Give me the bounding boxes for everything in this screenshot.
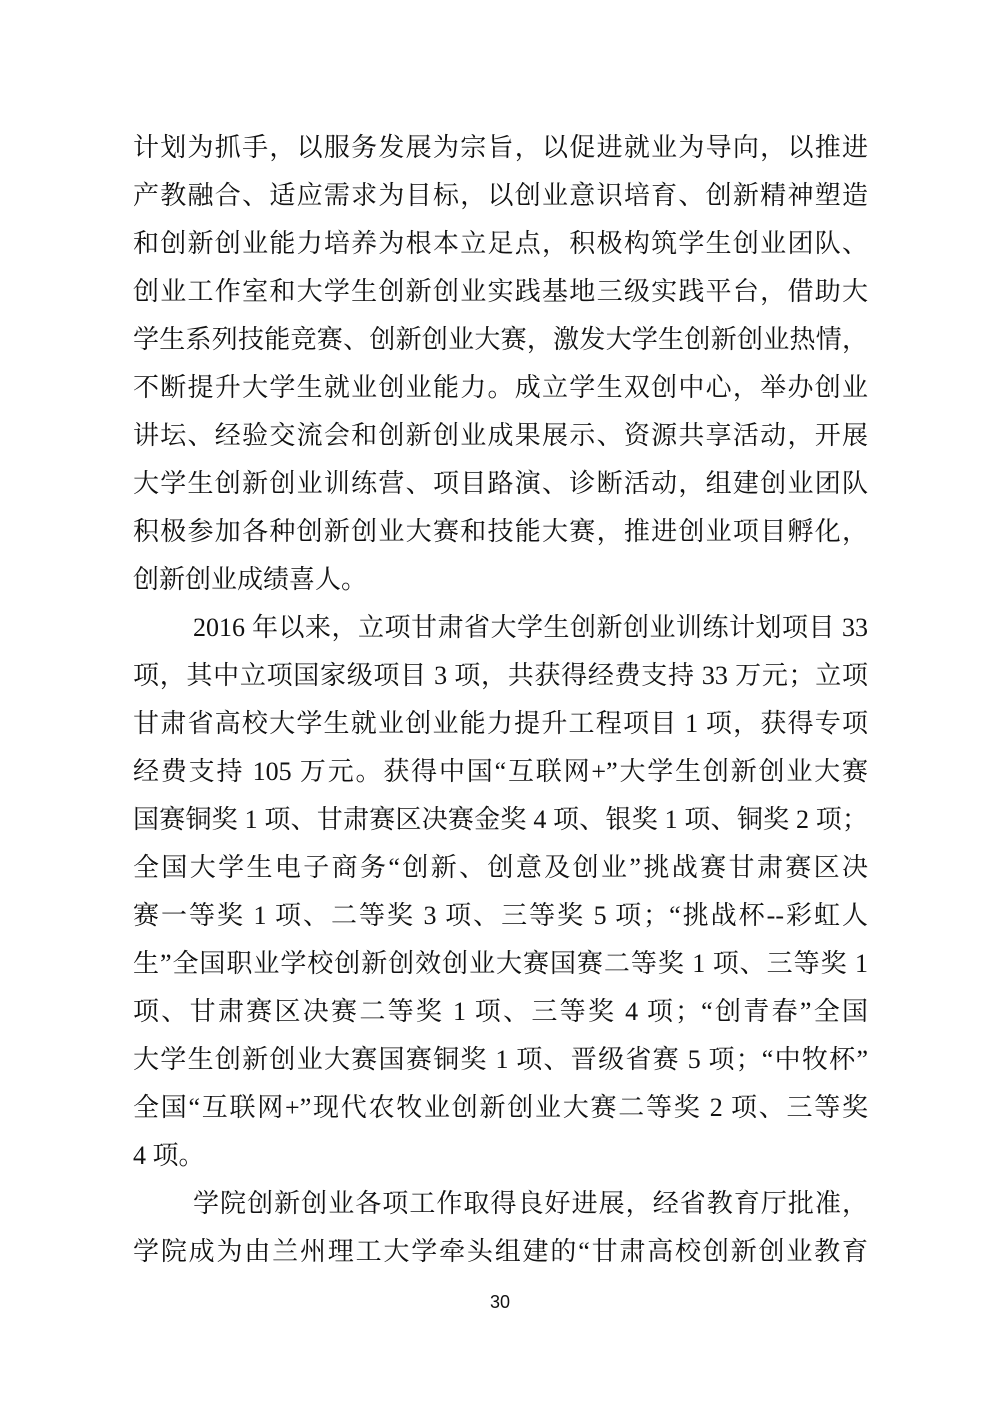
text-line: 项，其中立项国家级项目 3 项，共获得经费支持 33 万元；立项 <box>133 652 868 700</box>
text-line: 项、甘肃赛区决赛二等奖 1 项、三等奖 4 项；“创青春”全国 <box>133 988 868 1036</box>
page-number: 30 <box>0 1292 1000 1313</box>
text-line: 创业工作室和大学生创新创业实践基地三级实践平台，借助大 <box>133 268 868 316</box>
text-line: 学院成为由兰州理工大学牵头组建的“甘肃高校创新创业教育 <box>133 1228 868 1276</box>
text-line: 不断提升大学生就业创业能力。成立学生双创中心，举办创业 <box>133 364 868 412</box>
text-line: 产教融合、适应需求为目标，以创业意识培育、创新精神塑造 <box>133 172 868 220</box>
text-line: 创新创业成绩喜人。 <box>133 556 868 604</box>
text-line: 全国“互联网+”现代农牧业创新创业大赛二等奖 2 项、三等奖 <box>133 1084 868 1132</box>
text-line: 学生系列技能竞赛、创新创业大赛，激发大学生创新创业热情， <box>133 316 868 364</box>
text-line: 赛一等奖 1 项、二等奖 3 项、三等奖 5 项；“挑战杯--彩虹人 <box>133 892 868 940</box>
text-line: 和创新创业能力培养为根本立足点，积极构筑学生创业团队、 <box>133 220 868 268</box>
text-line: 2016 年以来，立项甘肃省大学生创新创业训练计划项目 33 <box>133 604 868 652</box>
paragraph-1: 计划为抓手，以服务发展为宗旨，以促进就业为导向，以推进 产教融合、适应需求为目标… <box>133 124 868 604</box>
text-line: 国赛铜奖 1 项、甘肃赛区决赛金奖 4 项、银奖 1 项、铜奖 2 项； <box>133 796 868 844</box>
text-line: 大学生创新创业大赛国赛铜奖 1 项、晋级省赛 5 项；“中牧杯” <box>133 1036 868 1084</box>
text-line: 经费支持 105 万元。获得中国“互联网+”大学生创新创业大赛 <box>133 748 868 796</box>
paragraph-2: 2016 年以来，立项甘肃省大学生创新创业训练计划项目 33 项，其中立项国家级… <box>133 604 868 1180</box>
text-line: 讲坛、经验交流会和创新创业成果展示、资源共享活动，开展 <box>133 412 868 460</box>
text-line: 全国大学生电子商务“创新、创意及创业”挑战赛甘肃赛区决 <box>133 844 868 892</box>
document-page: 计划为抓手，以服务发展为宗旨，以促进就业为导向，以推进 产教融合、适应需求为目标… <box>0 0 1000 1414</box>
text-line: 生”全国职业学校创新创效创业大赛国赛二等奖 1 项、三等奖 1 <box>133 940 868 988</box>
text-line: 4 项。 <box>133 1132 868 1180</box>
text-line: 积极参加各种创新创业大赛和技能大赛，推进创业项目孵化， <box>133 508 868 556</box>
paragraph-3: 学院创新创业各项工作取得良好进展，经省教育厅批准， 学院成为由兰州理工大学牵头组… <box>133 1180 868 1276</box>
text-line: 大学生创新创业训练营、项目路演、诊断活动，组建创业团队 <box>133 460 868 508</box>
text-line: 甘肃省高校大学生就业创业能力提升工程项目 1 项，获得专项 <box>133 700 868 748</box>
page-body-text: 计划为抓手，以服务发展为宗旨，以促进就业为导向，以推进 产教融合、适应需求为目标… <box>133 124 868 1276</box>
text-line: 学院创新创业各项工作取得良好进展，经省教育厅批准， <box>133 1180 868 1228</box>
text-line: 计划为抓手，以服务发展为宗旨，以促进就业为导向，以推进 <box>133 124 868 172</box>
